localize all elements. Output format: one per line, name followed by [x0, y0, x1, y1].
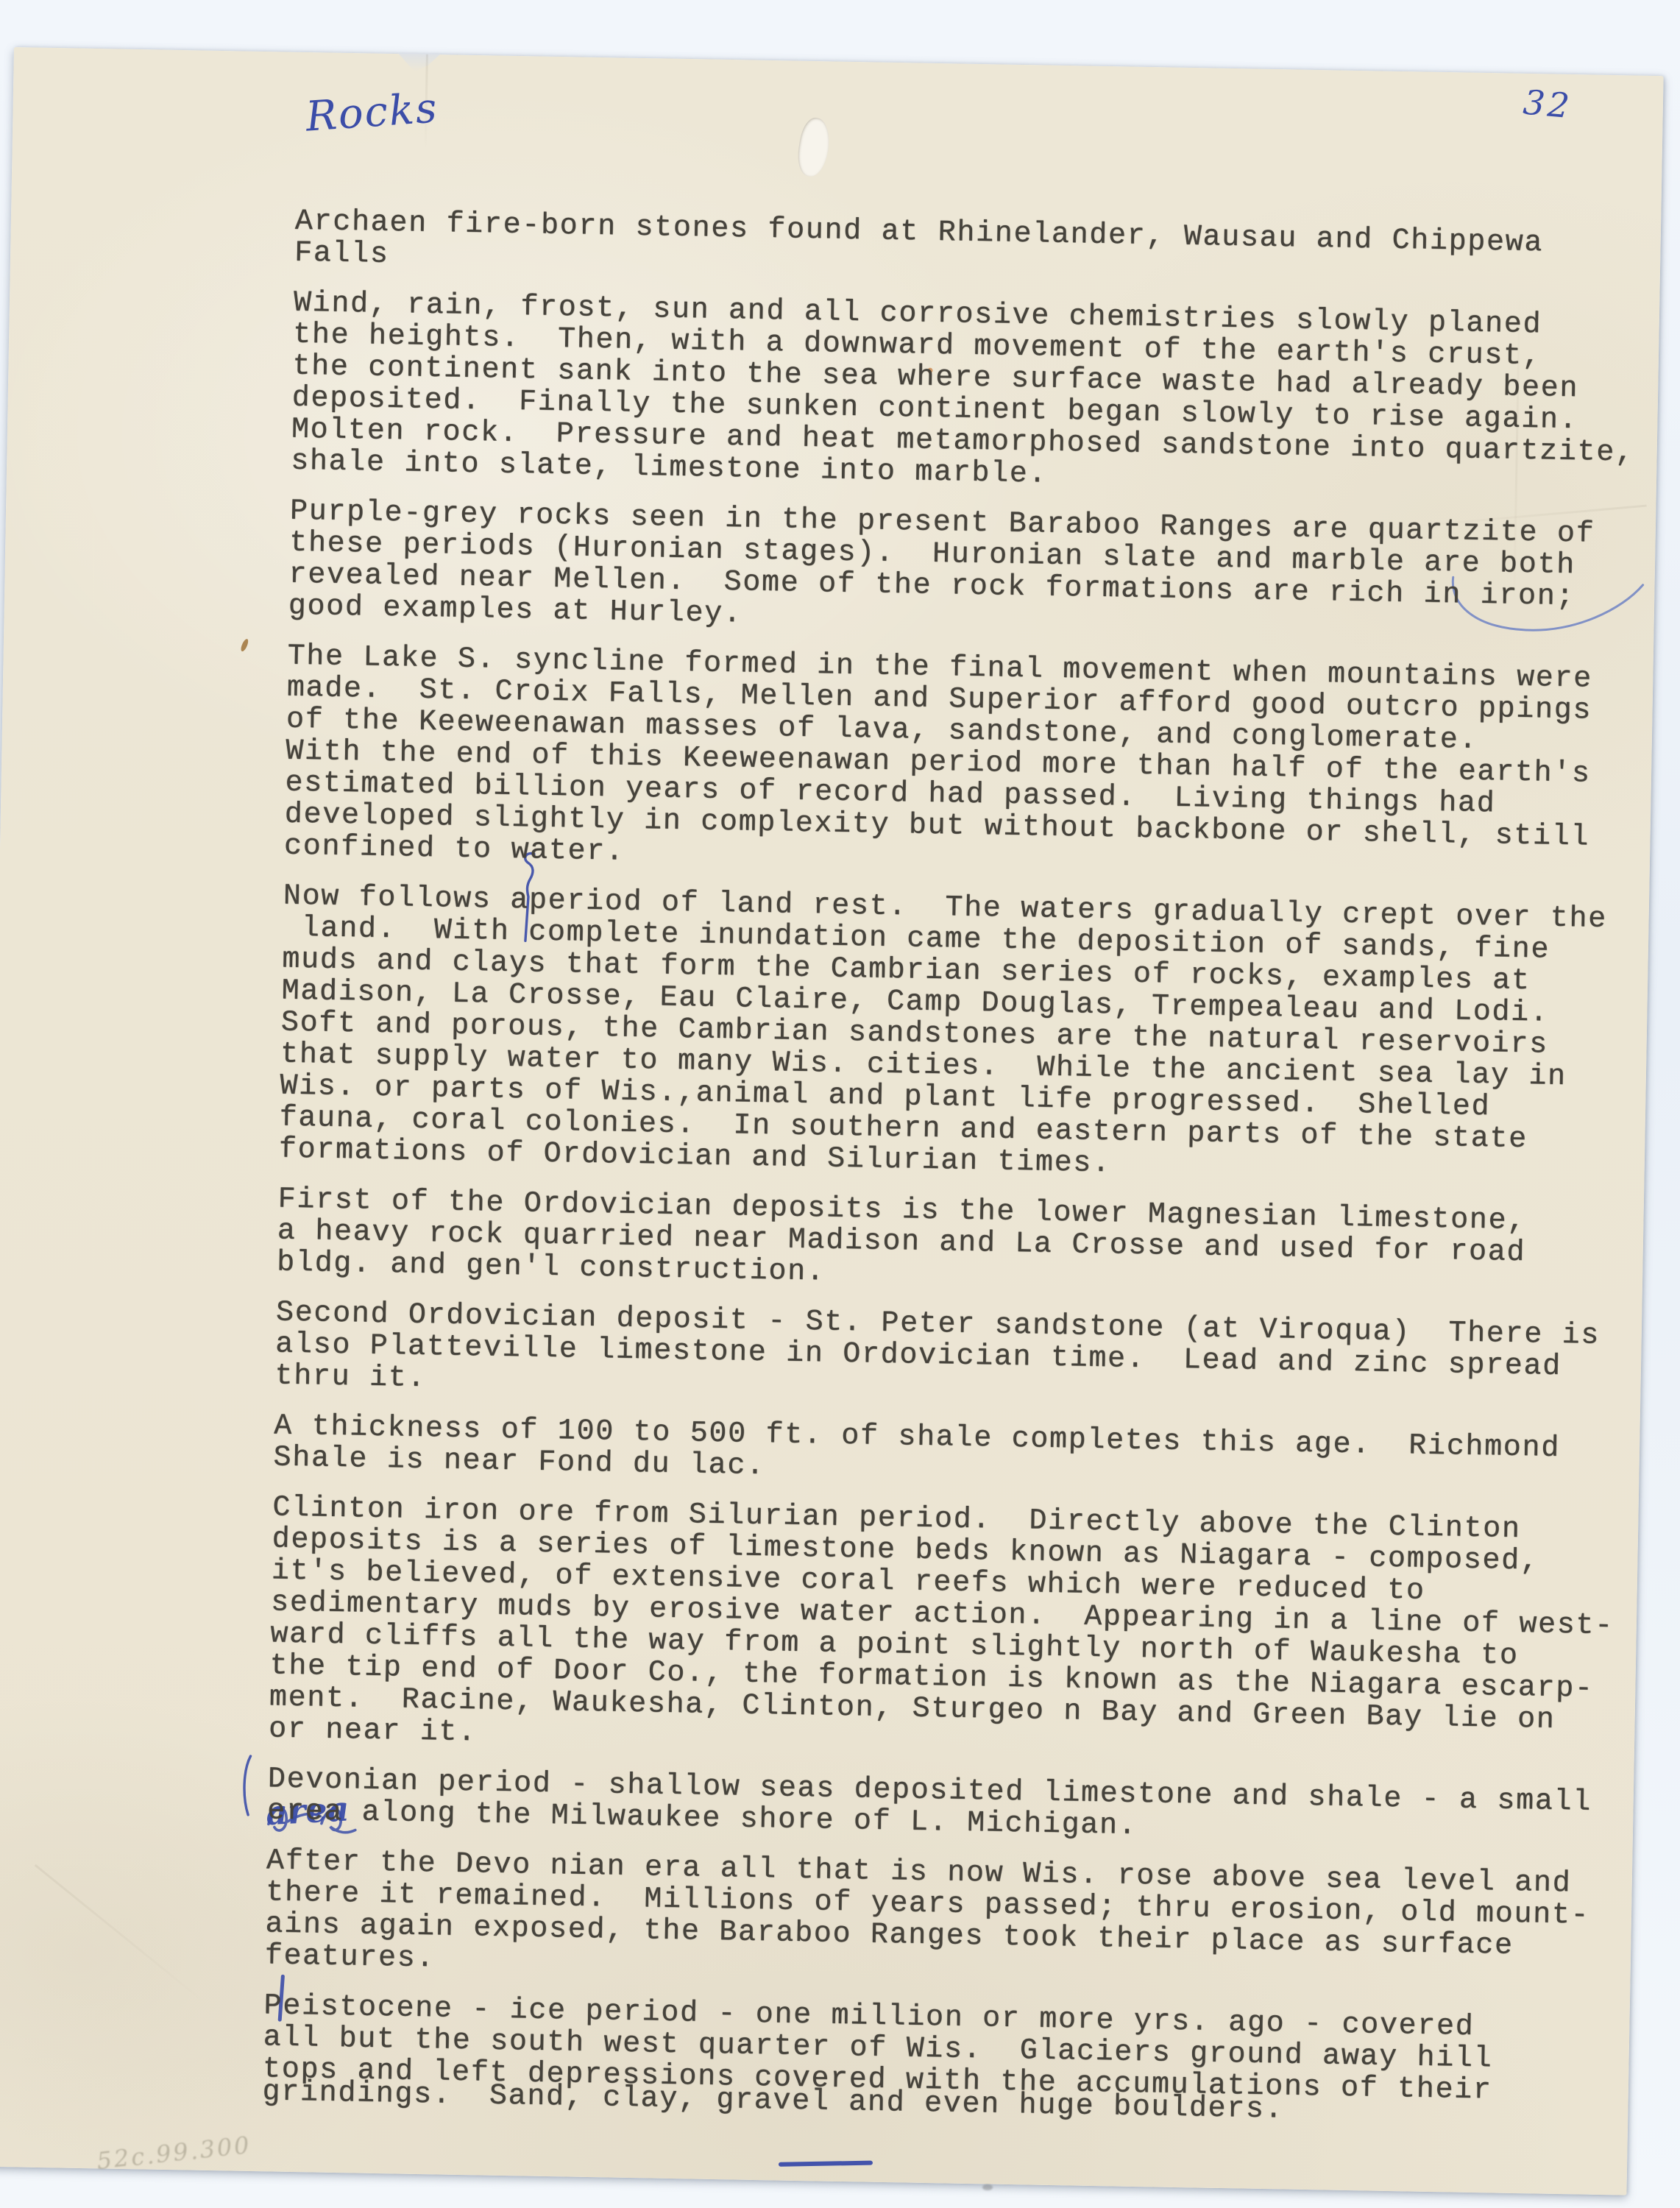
paragraph: Now follows aperiod of land rest. The wa… — [279, 881, 1659, 1190]
paper-tear-top-edge — [397, 52, 442, 72]
paragraph: Clinton iron ore from Silurian period. D… — [269, 1492, 1649, 1769]
paragraph: Archaen fire-born stones found at Rhinel… — [294, 206, 1671, 294]
paragraph: Devonian period - shallow seas deposited… — [267, 1763, 1644, 1851]
pen-margin-line — [239, 1755, 256, 1816]
paragraph: Second Ordovician deposit - St. Peter sa… — [274, 1297, 1652, 1416]
paper-chip-mark — [795, 116, 833, 178]
pencil-note: 52c.99.300 — [96, 2131, 253, 2175]
paragraph: Purple-grey rocks seen in the present Ba… — [288, 496, 1666, 647]
typed-text-block: Archaen fire-born stones found at Rhinel… — [262, 206, 1671, 2151]
paper-crease — [35, 1864, 208, 2005]
handwritten-title: Rocks — [304, 84, 439, 141]
handwritten-page-number: 32 — [1522, 82, 1574, 127]
margin-stain-speck — [240, 638, 249, 652]
paragraph: First of the Ordovician deposits is the … — [277, 1184, 1654, 1303]
paragraph: The Lake S. syncline formed in the final… — [284, 641, 1664, 887]
scanned-document-page: Rocks 32 area 52c.99.300 Archaen fire-bo… — [0, 47, 1664, 2195]
pen-underline-mark — [779, 2161, 873, 2167]
paragraph: After the Devo nian era all that is now … — [264, 1845, 1642, 1996]
paragraph: Wind, rain, frost, sun and all corrosive… — [291, 288, 1670, 502]
paragraph: Peistocene - ice period - one million or… — [262, 1990, 1640, 2132]
paragraph: A thickness of 100 to 500 ft. of shale c… — [273, 1410, 1650, 1498]
scanner-bed-smudge — [982, 2184, 993, 2190]
